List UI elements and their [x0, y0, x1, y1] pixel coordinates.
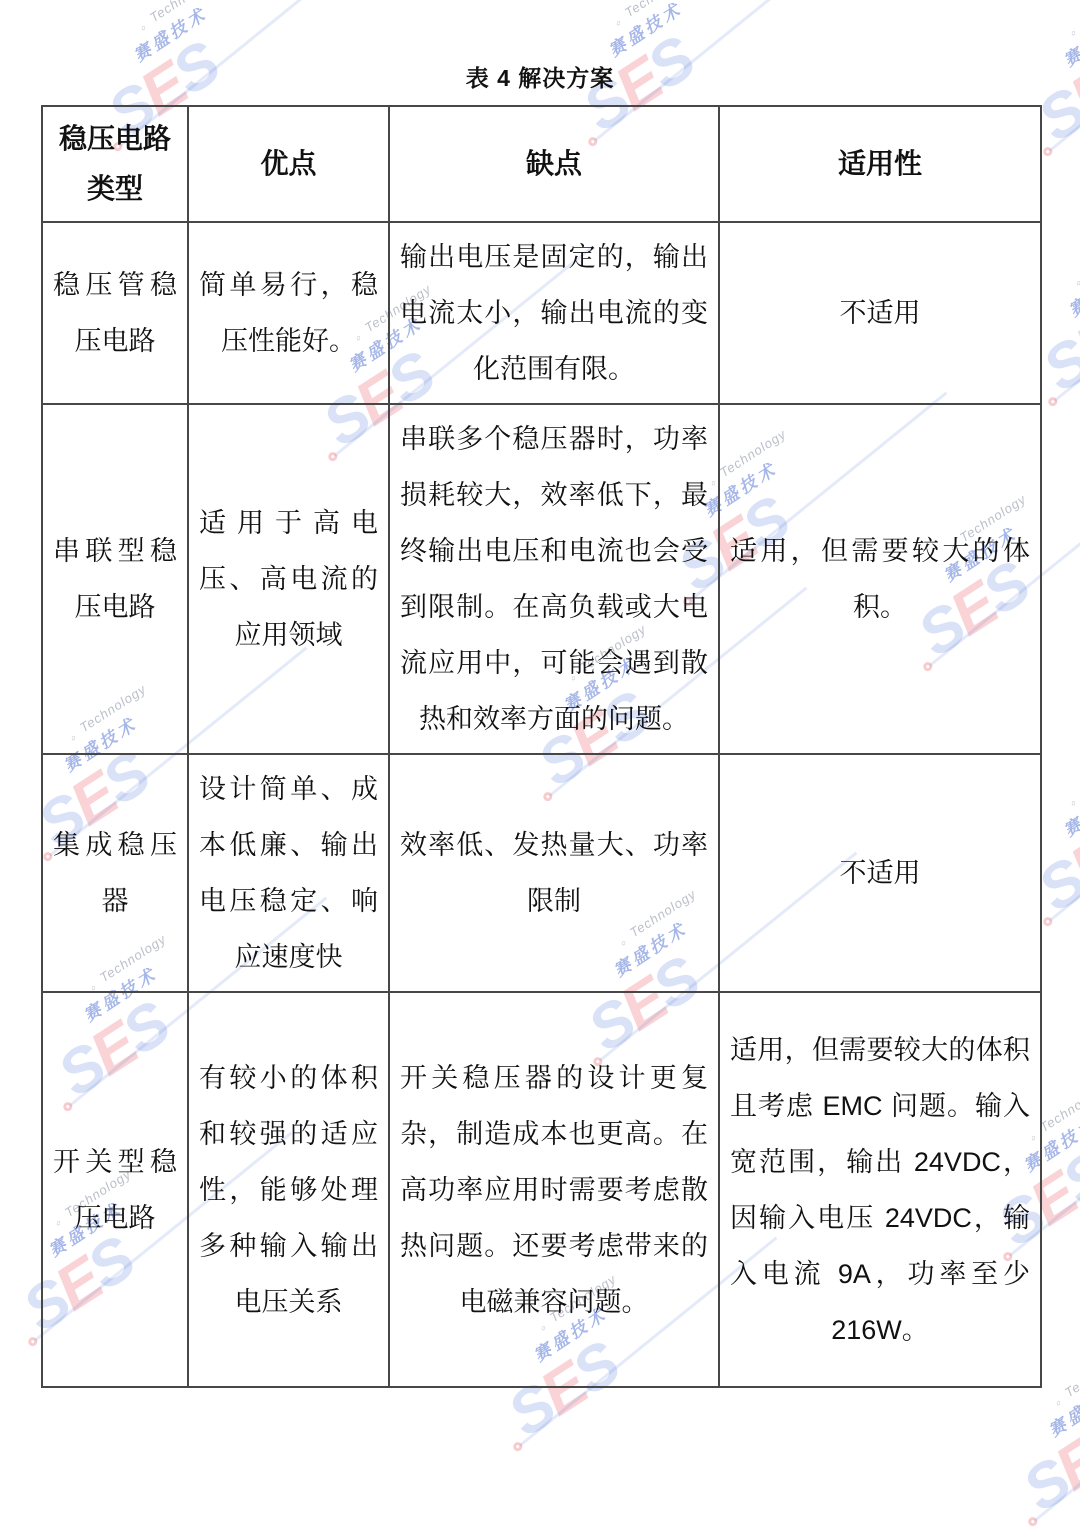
cell-pros: 设计简单、成本低廉、输出电压稳定、响应速度快 [188, 754, 389, 992]
watermark-letter: S [1075, 1404, 1080, 1419]
watermark-technology-text: 。Technology [609, 0, 765, 29]
header-type: 稳压电路类型 [42, 106, 188, 222]
table-row: 开关型稳压电路 有较小的体积和较强的适应性，能够处理多种输入输出电压关系 开关稳… [42, 992, 1041, 1387]
watermark-swoosh-icon [1049, 712, 1080, 922]
watermark-dot-icon [1047, 396, 1059, 408]
watermark-technology-text: 。Technology [1049, 1298, 1080, 1409]
cell-pros: 简单易行，稳压性能好。 [188, 222, 389, 404]
cell-cons: 串联多个稳压器时，功率损耗较大，效率低下，最终输出电压和电流也会受到限制。在高负… [389, 404, 719, 754]
cell-cons: 效率低、发热量大、功率限制 [389, 754, 719, 992]
watermark-swoosh-icon [1054, 192, 1080, 402]
cell-pros: 适用于高电压、高电流的应用领域 [188, 404, 389, 754]
cell-type: 开关型稳压电路 [42, 992, 188, 1387]
table-row: 集成稳压器 设计简单、成本低廉、输出电压稳定、响应速度快 效率低、发热量大、功率… [42, 754, 1041, 992]
table-row: 串联型稳压电路 适用于高电压、高电流的应用领域 串联多个稳压器时，功率损耗较大，… [42, 404, 1041, 754]
cell-fit: 不适用 [719, 754, 1041, 992]
cell-type: 集成稳压器 [42, 754, 188, 992]
table-caption: 表 4 解决方案 [0, 60, 1080, 93]
watermark-dot-icon [1042, 916, 1054, 928]
watermark-brand-text: 赛盛技术 [603, 0, 779, 61]
watermark-brand-text: 赛盛技术 [1043, 1315, 1080, 1419]
header-row: 稳压电路类型 优点 缺点 适用性 [42, 106, 1041, 222]
header-pros: 优点 [188, 106, 389, 222]
cell-fit: 适用，但需要较大的体积且考虑 EMC 问题。输入宽范围，输出 24VDC，因输入… [719, 992, 1041, 1387]
watermark-technology-text: 。Technology [1069, 178, 1080, 289]
cell-pros: 有较小的体积和较强的适应性，能够处理多种输入输出电压关系 [188, 992, 389, 1387]
header-cons: 缺点 [389, 106, 719, 222]
watermark-letter: E [1063, 305, 1080, 384]
watermark-dot-icon [1042, 146, 1054, 158]
solutions-table-wrap: 稳压电路类型 优点 缺点 适用性 稳压管稳压电路 简单易行，稳压性能好。 输出电… [41, 105, 1040, 1388]
cell-cons: 开关稳压器的设计更复杂，制造成本也更高。在高功率应用时需要考虑散热问题。还要考虑… [389, 992, 719, 1387]
cell-cons: 输出电压是固定的，输出电流太小，输出电流的变化范围有限。 [389, 222, 719, 404]
watermark-brand-text: 赛盛技术 [128, 0, 304, 66]
cell-fit: 不适用 [719, 222, 1041, 404]
solutions-table: 稳压电路类型 优点 缺点 适用性 稳压管稳压电路 简单易行，稳压性能好。 输出电… [41, 105, 1042, 1388]
watermark-technology-text: 。Technology [1064, 698, 1080, 809]
cell-fit: 适用，但需要较大的体积。 [719, 404, 1041, 754]
cell-type: 稳压管稳压电路 [42, 222, 188, 404]
watermark-letter: S [1050, 1139, 1080, 1218]
watermark-brand-text: 赛盛技术 [1063, 195, 1080, 322]
watermark-dot-icon [27, 1336, 39, 1348]
watermark-technology-text: 。Technology [134, 0, 290, 34]
watermark-brand-text: 赛盛技术 [1058, 715, 1080, 842]
watermark-technology-text: 。Technology [1064, 0, 1080, 39]
header-fit: 适用性 [719, 106, 1041, 222]
cell-type: 串联型稳压电路 [42, 404, 188, 754]
watermark-letter: E [1058, 825, 1080, 904]
table-row: 稳压管稳压电路 简单易行，稳压性能好。 输出电压是固定的，输出电流太小，输出电流… [42, 222, 1041, 404]
